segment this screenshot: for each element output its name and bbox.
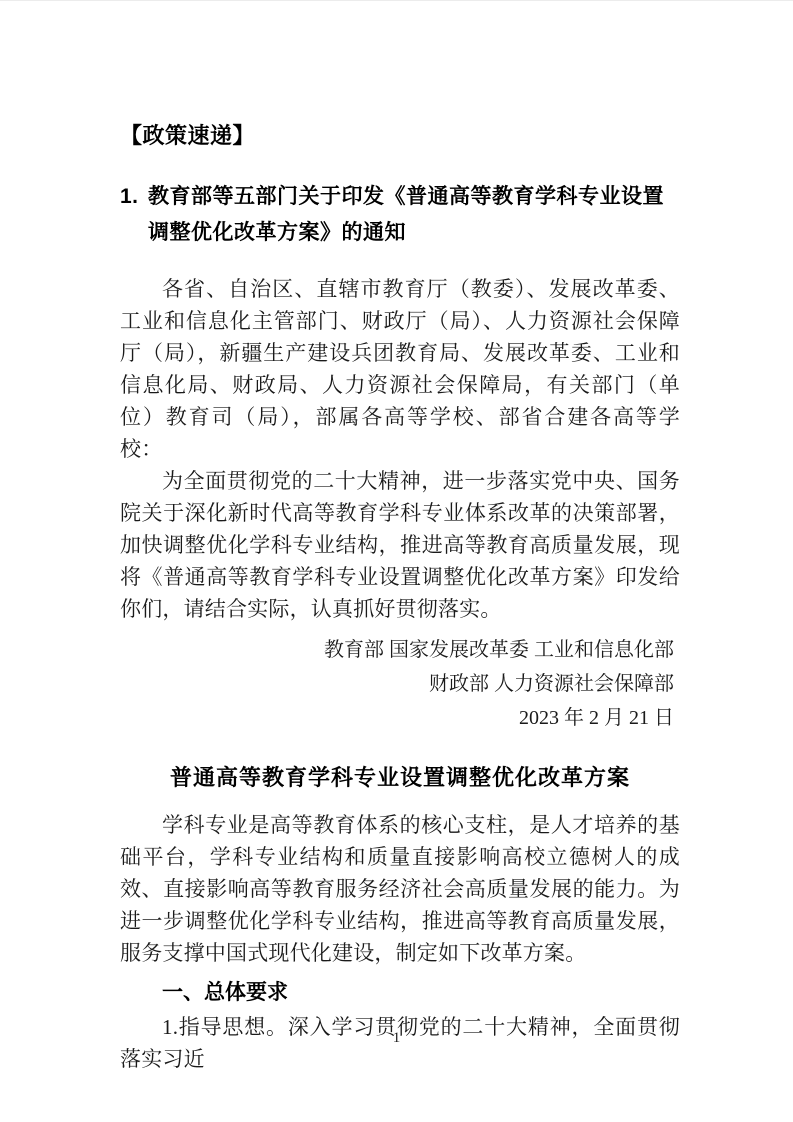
plan-title: 普通高等教育学科专业设置调整优化改革方案 — [120, 761, 680, 795]
notice-title: 1. 教育部等五部门关于印发《普通高等教育学科专业设置调整优化改革方案》的通知 — [120, 179, 680, 251]
signature-block: 教育部 国家发展改革委 工业和信息化部 财政部 人力资源社会保障部 2023 年… — [120, 633, 680, 735]
page-number: 1 — [0, 1030, 793, 1047]
document-page: 【政策速递】 1. 教育部等五部门关于印发《普通高等教育学科专业设置调整优化改革… — [0, 0, 793, 1122]
notice-date: 2023 年 2 月 21 日 — [120, 701, 674, 735]
notice-number: 1. — [120, 179, 148, 215]
notice-title-text: 教育部等五部门关于印发《普通高等教育学科专业设置调整优化改革方案》的通知 — [148, 179, 680, 251]
plan-section1-heading: 一、总体要求 — [120, 975, 680, 1009]
notice-body-paragraph: 为全面贯彻党的二十大精神，进一步落实党中央、国务院关于深化新时代高等教育学科专业… — [120, 465, 680, 625]
signer-line-2: 财政部 人力资源社会保障部 — [120, 667, 674, 701]
notice-salutation-paragraph: 各省、自治区、直辖市教育厅（教委）、发展改革委、工业和信息化主管部门、财政厅（局… — [120, 273, 680, 465]
section-header: 【政策速递】 — [120, 121, 680, 151]
signer-line-1: 教育部 国家发展改革委 工业和信息化部 — [120, 633, 674, 667]
plan-intro-paragraph: 学科专业是高等教育体系的核心支柱，是人才培养的基础平台，学科专业结构和质量直接影… — [120, 809, 680, 969]
